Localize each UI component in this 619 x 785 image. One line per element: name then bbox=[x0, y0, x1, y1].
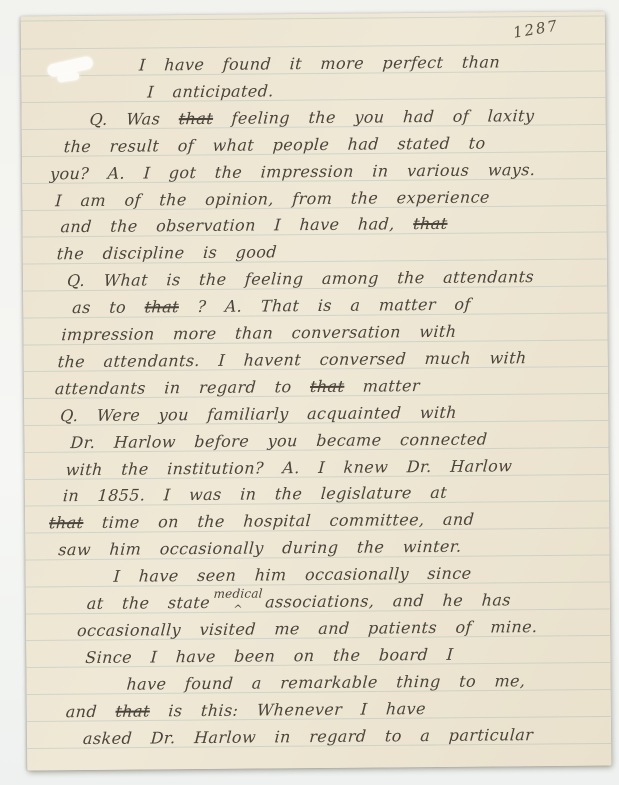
struck-word: that bbox=[310, 377, 345, 396]
word-segment: Q. Was bbox=[89, 109, 179, 129]
manuscript-line: the discipline is good bbox=[56, 239, 278, 268]
word-segment: I anticipated. bbox=[147, 81, 275, 101]
word-segment: Since I have been on the board I bbox=[85, 645, 454, 667]
manuscript-page: 1287 I have found it more perfect thanI … bbox=[21, 11, 612, 770]
manuscript-line: asked Dr. Harlow in regard to a particul… bbox=[82, 721, 534, 752]
word-segment: at the state bbox=[86, 593, 210, 613]
manuscript-line: Since I have been on the board I bbox=[84, 641, 454, 671]
manuscript-line: the result of what people had stated to bbox=[63, 129, 486, 160]
manuscript-line: I have found it more perfect than bbox=[138, 48, 501, 78]
manuscript-text-block: I have found it more perfect thanI antic… bbox=[21, 11, 612, 770]
manuscript-line: in 1855. I was in the legislature at bbox=[62, 479, 448, 509]
manuscript-line: attendants in regard to that matter bbox=[54, 372, 421, 402]
word-segment: and the observation I have had, bbox=[60, 215, 414, 237]
manuscript-line: Dr. Harlow before you became connected bbox=[70, 425, 489, 456]
word-segment: with the institution? A. I knew Dr. Harl… bbox=[65, 456, 513, 479]
word-segment: I have found it more perfect than bbox=[139, 52, 501, 74]
manuscript-line: as to that ? A. That is a matter of bbox=[71, 291, 471, 321]
word-segment: have found a remarkable thing to me, bbox=[126, 671, 526, 693]
word-segment: Dr. Harlow before you became connected bbox=[70, 429, 488, 452]
word-segment: impression more than conversation with bbox=[61, 322, 457, 344]
manuscript-line: impression more than conversation with bbox=[61, 318, 458, 348]
word-segment: in 1855. I was in the legislature at bbox=[62, 483, 447, 505]
struck-word: that bbox=[144, 297, 179, 316]
word-segment: ? A. That is a matter of bbox=[178, 295, 471, 317]
word-segment: the discipline is good bbox=[56, 243, 277, 264]
manuscript-line: Q. Was that feeling the you had of laxit… bbox=[89, 102, 535, 133]
manuscript-line: at the statemedical^associations, and he… bbox=[86, 586, 512, 617]
manuscript-line: Q. What is the feeling among the attenda… bbox=[66, 263, 535, 294]
struck-word: that bbox=[413, 214, 448, 233]
manuscript-line: have found a remarkable thing to me, bbox=[126, 667, 527, 697]
word-segment: as to bbox=[72, 298, 146, 318]
word-segment: the result of what people had stated to bbox=[63, 133, 486, 156]
manuscript-line: that time on the hospital committee, and bbox=[48, 506, 475, 537]
struck-word: that bbox=[49, 513, 84, 532]
manuscript-line: occasionally visited me and patients of … bbox=[76, 613, 538, 644]
word-segment: I am of the opinion, from the experience bbox=[55, 187, 491, 210]
manuscript-line: and that is this: Whenever I have bbox=[65, 695, 427, 725]
word-segment: I have seen him occasionally since bbox=[113, 564, 472, 586]
struck-word: that bbox=[178, 109, 213, 128]
word-segment: and bbox=[65, 701, 116, 720]
word-segment: matter bbox=[344, 376, 421, 396]
word-segment: you? A. I got the impression in various … bbox=[50, 160, 536, 183]
word-segment: saw him occasionally during the winter. bbox=[58, 537, 462, 560]
word-segment: time on the hospital committee, and bbox=[83, 510, 475, 532]
word-segment: occasionally visited me and patients of … bbox=[76, 617, 538, 640]
manuscript-line: I anticipated. bbox=[147, 77, 275, 105]
word-segment: is this: Whenever I have bbox=[149, 699, 426, 720]
word-segment: feeling the you had of laxity bbox=[213, 106, 535, 128]
manuscript-line: and the observation I have had, that bbox=[60, 210, 449, 240]
manuscript-line: the attendants. I havent conversed much … bbox=[57, 344, 528, 375]
manuscript-line: you? A. I got the impression in various … bbox=[49, 156, 536, 187]
word-segment: attendants in regard to bbox=[54, 377, 310, 398]
word-segment: asked Dr. Harlow in regard to a particul… bbox=[82, 725, 533, 748]
scan-backdrop: 1287 I have found it more perfect thanI … bbox=[0, 0, 619, 785]
word-segment: Q. What is the feeling among the attenda… bbox=[66, 267, 534, 290]
manuscript-line: saw him occasionally during the winter. bbox=[58, 533, 463, 564]
inserted-word: medical^ bbox=[213, 580, 264, 607]
manuscript-line: I have seen him occasionally since bbox=[113, 560, 473, 590]
word-segment: Q. Were you familiarly acquainted with bbox=[60, 402, 458, 424]
manuscript-line: Q. Were you familiarly acquainted with bbox=[59, 398, 457, 428]
struck-word: that bbox=[115, 701, 150, 720]
word-segment: associations, and he has bbox=[265, 590, 512, 611]
word-segment: the attendants. I havent conversed much … bbox=[57, 348, 527, 371]
